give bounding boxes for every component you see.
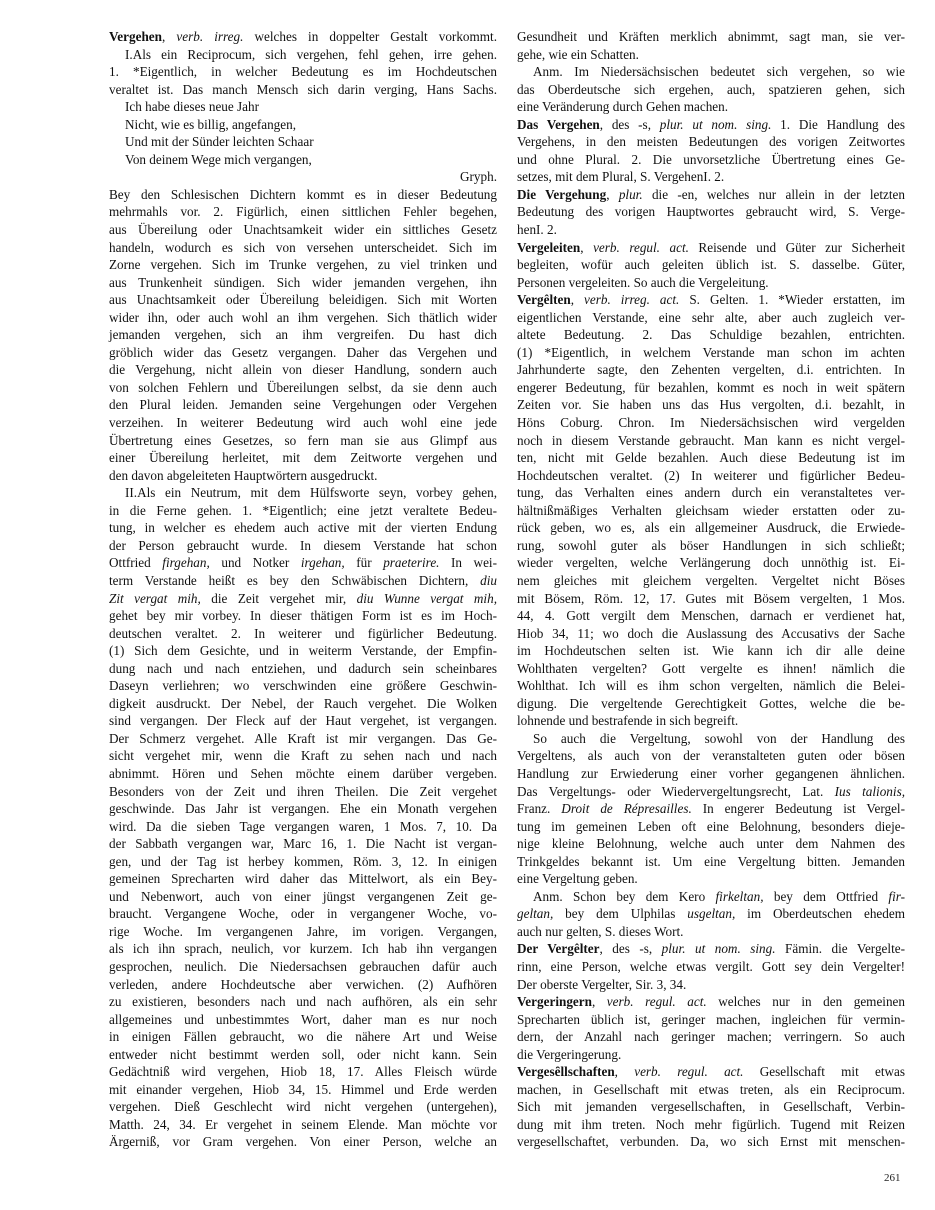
text-line: machen, in Gesellschaft mit etwas treten… [517, 1081, 905, 1099]
headword: Vergeleiten [517, 240, 580, 255]
entry-headline: Vergeleiten, verb. regul. act. Reisende … [517, 239, 905, 257]
text-line: gröblich wider das Gesetz vergangen. Dah… [109, 344, 497, 362]
text-span: bey dem Ulphilas [553, 906, 687, 921]
text-span: Personen vergeleiten. So auch die Vergel… [517, 275, 769, 290]
text-span: altete Bedeutung. 2. Das Schuldige bezah… [517, 327, 905, 342]
text-line: mit einander vergehen, Hiob 34, 15. Himm… [109, 1081, 497, 1099]
text-span: Zeiten vor. Sie haben uns das Hus vergol… [517, 397, 905, 412]
text-span: gehe, wie ein Schatten. [517, 47, 639, 62]
text-line: eine Veränderung durch Gehen machen. [517, 98, 905, 116]
text-span: eine Vergeltung geben. [517, 871, 638, 886]
italic-term: Ius talionis, [835, 784, 905, 799]
text-line: Wohlthaten vergelten? Gott vergelte es i… [517, 660, 905, 678]
text-line: Zit vergat mih, die Zeit vergehet mir, d… [109, 590, 497, 608]
text-line: Zorne vergehen. Sich im Trunke vergehen,… [109, 256, 497, 274]
text-span: vergehen. Dieß Geschlecht wird nicht ver… [109, 1099, 497, 1114]
italic-term: irgehan, [301, 555, 345, 570]
text-span: braucht. Vergangene Woche, oder in verga… [109, 906, 497, 921]
text-line: wider ihn, oder auch wohl an ihm vergehe… [109, 309, 497, 327]
text-line: von solchen Fehlern und Übereilungen sel… [109, 379, 497, 397]
text-span: in einigen Fällen gebraucht, wo die nähe… [109, 1029, 497, 1044]
entry-headline: Vergêlten, verb. irreg. act. S. Gelten. … [517, 291, 905, 309]
text-span: Anm. Schon bey dem Kero [533, 889, 716, 904]
verse-line: Und mit der Sünder leichten Schaar [109, 133, 497, 151]
right-column: Gesundheit und Kräften merklich abnimmt,… [517, 28, 905, 1151]
text-span: , des -s, [600, 117, 660, 132]
text-span: Hochdeutschen veraltet. (2) In weiterer … [517, 468, 905, 483]
text-span: Zorne vergehen. Sich im Trunke vergehen,… [109, 257, 497, 272]
text-span: Wohlthat. Ich will es ihm schon vergelte… [517, 678, 905, 693]
text-line: aus Übereilung oder Unachtsamkeit wider … [109, 221, 497, 239]
text-span: abnimmt. Hören und Sehen möchte einem da… [109, 766, 497, 781]
text-span: einer Übereilung herleitet, mit dem Zeit… [109, 450, 497, 465]
text-span: Vergeltens, als auch von der veranstalte… [517, 748, 905, 763]
italic-term: geltan, [517, 906, 553, 921]
text-span: dung nach und nach entziehen, und dadurc… [109, 661, 497, 676]
text-span: auch nur gelten, S. dieses Wort. [517, 924, 683, 939]
text-span: Sprecharten üblich ist, geringer machen,… [517, 1012, 905, 1027]
text-span: henI. 2. [517, 222, 557, 237]
text-span: Übertretung eines Gesetzes, so fern man … [109, 433, 497, 448]
italic-term: diu [480, 573, 497, 588]
text-line: Ottfried firgehan, und Notker irgehan, f… [109, 554, 497, 572]
text-span: von solchen Fehlern und Übereilungen sel… [109, 380, 497, 395]
headword: Vergêlten [517, 292, 571, 307]
text-span: Ottfried [109, 555, 162, 570]
text-span: Fämin. die Vergelte- [776, 941, 905, 956]
text-line: Übertretung eines Gesetzes, so fern man … [109, 432, 497, 450]
text-span: engerer Bedeutung, für bezahlen, kommt e… [517, 380, 905, 395]
text-line: gehe, wie ein Schatten. [517, 46, 905, 64]
text-span: wieder vergelten, welche Verlängerung do… [517, 555, 905, 570]
text-span: Hiob 34, 11; wo doch die Auslassung des … [517, 626, 905, 641]
text-span: die Vergeringerung. [517, 1047, 621, 1062]
text-line: verzeihen. In weiterer Bedeutung wird au… [109, 414, 497, 432]
headword: Das Vergehen [517, 117, 600, 132]
text-span: Gryph. [460, 169, 497, 184]
text-line: im Hochdeutschen selten ist. Wie kann ic… [517, 642, 905, 660]
text-line: Bedeutung des vorigen Hauptwortes gebrau… [517, 203, 905, 221]
text-line: und ohne Plural. 2. Die unvorsetzliche Ü… [517, 151, 905, 169]
text-span: term Verstande heißt es bey den Schwäbis… [109, 573, 480, 588]
text-line: die Vergeringerung. [517, 1046, 905, 1064]
text-span: dern, der Anzahl nach geringer machen; v… [517, 1029, 905, 1044]
text-span: nem gleiches mit gleichem vergelten. Ver… [517, 573, 905, 588]
text-line: eine Vergeltung geben. [517, 870, 905, 888]
text-span: als ich ihn sprach, neulich, vor kurzem.… [109, 941, 497, 956]
text-line: rung, sowohl guter als böser Handlungen … [517, 537, 905, 555]
text-span: und Nebenwort, auch von einer jüngst ver… [109, 889, 497, 904]
text-span: zu existieren, besonders nach und nach a… [109, 994, 497, 1009]
text-span: eine Veränderung durch Gehen machen. [517, 99, 728, 114]
italic-term: diu Wunne vergat mih, [357, 591, 497, 606]
text-line: gehet bey mir vorbey. In dieser thätigen… [109, 607, 497, 625]
text-line: nige kleine Belohnung, welche auch unter… [517, 835, 905, 853]
page-number: 261 [884, 1172, 901, 1184]
verse-line: Nicht, wie es billig, angefangen, [109, 116, 497, 134]
headword: Die Vergehung [517, 187, 606, 202]
text-span: tung, in welcher es ehedem auch active m… [109, 520, 497, 535]
text-span: (1) Sich dem Gesichte, und in weiterm Ve… [109, 643, 497, 658]
text-span: Der Schmerz vergehet. Alle Kraft ist mir… [109, 731, 497, 746]
text-span: handeln, wodurch es sich von versehen un… [109, 240, 497, 255]
text-line: Höns Coburg. Chron. Im Niedersächsischen… [517, 414, 905, 432]
entry-headline: Das Vergehen, des -s, plur. ut nom. sing… [517, 116, 905, 134]
text-line: Hiob 34, 11; wo doch die Auslassung des … [517, 625, 905, 643]
text-span: Franz. [517, 801, 561, 816]
italic-term: verb. irreg. [176, 29, 243, 44]
italic-term: verb. regul. act. [634, 1064, 743, 1079]
text-span: gröblich wider das Gesetz vergangen. Dah… [109, 345, 497, 360]
entry-headline: Die Vergehung, plur. die -en, welches nu… [517, 186, 905, 204]
text-span: verleden, andere Hochdeutsche aber verwi… [109, 977, 497, 992]
text-span: gen, und der Tag ist herbey kommen, Röm.… [109, 854, 497, 869]
text-line: Vergeltens, als auch von der veranstalte… [517, 747, 905, 765]
text-span: und ohne Plural. 2. Die unvorsetzliche Ü… [517, 152, 905, 167]
text-span: entweder nicht bestimmt werden soll, ode… [109, 1047, 497, 1062]
text-span: mit einander vergehen, Hiob 34, 15. Himm… [109, 1082, 497, 1097]
text-span: machen, in Gesellschaft mit etwas treten… [517, 1082, 905, 1097]
text-span: , [571, 292, 584, 307]
text-span: der Sabbath vergangen war, Marc 16, 1. D… [109, 836, 497, 851]
text-span: aus Unachtsamkeit oder Übereilung beleid… [109, 292, 497, 307]
text-line: Daseyn verliehren; wo verschwinden eine … [109, 677, 497, 695]
text-span: wider ihn, oder auch wohl an ihm vergehe… [109, 310, 497, 325]
text-line: gen, und der Tag ist herbey kommen, Röm.… [109, 853, 497, 871]
text-line: sind vergangen. Der Fleck auf der Haut v… [109, 712, 497, 730]
text-span: vergesellschaftet, verbunden. Da, wo sic… [517, 1134, 905, 1149]
text-span: rück geben, wo es, als ein allgemeiner A… [517, 520, 905, 535]
text-line: Der Schmerz vergehet. Alle Kraft ist mir… [109, 730, 497, 748]
text-line: (1) *Eigentlich, in welchem Verstande ma… [517, 344, 905, 362]
text-line: geschwinde. Das Jahr ist vergangen. Ehe … [109, 800, 497, 818]
text-span: deutschen veraltet. 2. In weiterer und f… [109, 626, 497, 641]
text-line: Das Vergeltungs- oder Wiedervergeltungsr… [517, 783, 905, 801]
entry-headline: Vergesȇllschaften, verb. regul. act. Ges… [517, 1063, 905, 1081]
text-line: Personen vergeleiten. So auch die Vergel… [517, 274, 905, 292]
text-span: Jahrhunderte sagte, den Zehenten vergelt… [517, 362, 905, 377]
text-line: handeln, wodurch es sich von versehen un… [109, 239, 497, 257]
text-line: vergesellschaftet, verbunden. Da, wo sic… [517, 1133, 905, 1151]
text-span: Ärgerniß, vor Gram vergehen. Von einer P… [109, 1134, 497, 1149]
entry-headline: Vergehen, verb. irreg. welches in doppel… [109, 28, 497, 46]
text-span: rige Woche. Im vergangenen Jahre, im vor… [109, 924, 497, 939]
italic-term: plur. ut nom. sing. [660, 117, 772, 132]
text-line: Matth. 24, 34. Er vergehet in seinem Ele… [109, 1116, 497, 1134]
text-span: Sich mit jemanden vergesellschaften, in … [517, 1099, 905, 1114]
text-line: altete Bedeutung. 2. Das Schuldige bezah… [517, 326, 905, 344]
text-span: welches in doppelter Gestalt vorkommt. [243, 29, 497, 44]
text-span: Und mit der Sünder leichten Schaar [125, 134, 314, 149]
text-span: mehrmahls vor. 2. Figürlich, einen sittl… [109, 204, 497, 219]
text-span: nige kleine Belohnung, welche auch unter… [517, 836, 905, 851]
text-span: im Oberdeutschen ehedem [735, 906, 905, 921]
text-span: den davon abgeleiteten Hauptwörtern ausg… [109, 468, 377, 483]
text-line: aus Trunkenheit sündigen. Sich wider jem… [109, 274, 497, 292]
text-span: der Person gebraucht wurde. In diesem Ve… [109, 538, 497, 553]
text-span: rung, sowohl guter als böser Handlungen … [517, 538, 905, 553]
text-line: nem gleiches mit gleichem vergelten. Ver… [517, 572, 905, 590]
text-line: den davon abgeleiteten Hauptwörtern ausg… [109, 467, 497, 485]
text-span: geschwinde. Das Jahr ist vergangen. Ehe … [109, 801, 497, 816]
text-line: Der oberste Vergelter, Sir. 3, 34. [517, 976, 905, 994]
text-line: mit Bösem, Röm. 12, 17. Gutes mit Bösem … [517, 590, 905, 608]
text-span: Gedächtniß wird vergehen, Hiob 18, 17. A… [109, 1064, 497, 1079]
text-span: digung. Die vergeltende Gerechtigkeit Go… [517, 696, 905, 711]
text-span: , des -s, [599, 941, 661, 956]
text-line: Vergehens, in den meisten Bedeutungen de… [517, 133, 905, 151]
text-span: Das Vergeltungs- oder Wiedervergeltungsr… [517, 784, 835, 799]
text-span: tung, das Verhalten eines andern durch e… [517, 485, 905, 500]
text-line: tung, in welcher es ehedem auch active m… [109, 519, 497, 537]
text-span: , [615, 1064, 635, 1079]
headword: Vergehen [109, 29, 162, 44]
text-span: , [606, 187, 619, 202]
text-span: ten, nicht mit Gelde bezahlen. Auch dies… [517, 450, 905, 465]
entry-headline: Vergeringern, verb. regul. act. welches … [517, 993, 905, 1011]
text-line: sicht vergehet mir, wenn die Kraft zu se… [109, 747, 497, 765]
text-span: dung mit ihm treten. Noch mehr figürlich… [517, 1117, 905, 1132]
text-line: Ärgerniß, vor Gram vergehen. Von einer P… [109, 1133, 497, 1151]
text-line: 44, 4. Gott vergilt dem Menschen, darnac… [517, 607, 905, 625]
text-span: sind vergangen. Der Fleck auf der Haut v… [109, 713, 497, 728]
text-span: S. Gelten. 1. *Wieder erstatten, im [679, 292, 905, 307]
text-line: gemeinen Sprecharten wird daher das Mitt… [109, 870, 497, 888]
text-line: Jahrhunderte sagte, den Zehenten vergelt… [517, 361, 905, 379]
text-span: , [580, 240, 593, 255]
text-span: Vergehens, in den meisten Bedeutungen de… [517, 134, 905, 149]
text-span: In wei- [439, 555, 497, 570]
text-line: in die Ferne gehen. 1. *Eigentlich; eine… [109, 502, 497, 520]
text-span: Der oberste Vergelter, Sir. 3, 34. [517, 977, 686, 992]
italic-term: firkeltan, [716, 889, 764, 904]
text-line: rige Woche. Im vergangenen Jahre, im vor… [109, 923, 497, 941]
text-line: dung mit ihm treten. Noch mehr figürlich… [517, 1116, 905, 1134]
text-span: die Zeit vergehet mir, [201, 591, 357, 606]
text-line: Trinkgeldes bekannt ist. Um eine Vergelt… [517, 853, 905, 871]
text-span: hältnißmäßiges Verhalten gleichsam wiede… [517, 503, 905, 518]
text-line: abnimmt. Hören und Sehen möchte einem da… [109, 765, 497, 783]
text-line: Franz. Droit de Répresailles. In engerer… [517, 800, 905, 818]
text-line: henI. 2. [517, 221, 905, 239]
text-span: verzeihen. In weiterer Bedeutung wird au… [109, 415, 497, 430]
left-column: Vergehen, verb. irreg. welches in doppel… [109, 28, 497, 1151]
italic-term: verb. irreg. act. [584, 292, 679, 307]
text-line: (1) Sich dem Gesichte, und in weiterm Ve… [109, 642, 497, 660]
italic-term: usgeltan, [687, 906, 735, 921]
text-span: II.Als ein Neutrum, mit dem Hülfsworte s… [125, 485, 497, 500]
text-span: und Notker [210, 555, 301, 570]
text-span: setzes, mit dem Plural, S. VergehenI. 2. [517, 169, 724, 184]
text-span: Von deinem Wege mich vergangen, [125, 152, 312, 167]
text-span: Bedeutung des vorigen Hauptwortes gebrau… [517, 204, 905, 219]
text-line: dung nach und nach entziehen, und dadurc… [109, 660, 497, 678]
italic-term: Droit de Répresailles. [561, 801, 691, 816]
text-span: welches nur in den gemeinen [707, 994, 905, 1009]
text-line: mehrmahls vor. 2. Figürlich, einen sittl… [109, 203, 497, 221]
italic-term: praeterire. [383, 555, 439, 570]
text-line: auch nur gelten, S. dieses Wort. [517, 923, 905, 941]
text-line: zu existieren, besonders nach und nach a… [109, 993, 497, 1011]
text-line: 1. *Eigentlich, in welcher Bedeutung es … [109, 63, 497, 81]
italic-term: plur. [619, 187, 643, 202]
text-line: lohnende und bestrafende in sich begreif… [517, 712, 905, 730]
text-line: engerer Bedeutung, für bezahlen, kommt e… [517, 379, 905, 397]
text-line: Anm. Im Niedersächsischen bedeutet sich … [517, 63, 905, 81]
verse-line: Von deinem Wege mich vergangen, [109, 151, 497, 169]
text-span: Anm. Im Niedersächsischen bedeutet sich … [533, 64, 905, 79]
text-line: geltan, bey dem Ulphilas usgeltan, im Ob… [517, 905, 905, 923]
text-span: die -en, welches nur allein in der letzt… [643, 187, 905, 202]
text-line: Gedächtniß wird vergehen, Hiob 18, 17. A… [109, 1063, 497, 1081]
text-span: Höns Coburg. Chron. Im Niedersächsischen… [517, 415, 905, 430]
text-line: II.Als ein Neutrum, mit dem Hülfsworte s… [109, 484, 497, 502]
text-span: bey dem Ottfried [764, 889, 889, 904]
text-span: 44, 4. Gott vergilt dem Menschen, darnac… [517, 608, 905, 623]
text-span: gehet bey mir vorbey. In dieser thätigen… [109, 608, 497, 623]
text-span: Nicht, wie es billig, angefangen, [125, 117, 296, 132]
text-span: das Oberdeutsche sich ergehen, auch, spa… [517, 82, 905, 97]
text-span: Reisende und Güter zur Sicherheit [689, 240, 905, 255]
text-span: Matth. 24, 34. Er vergehet in seinem Ele… [109, 1117, 497, 1132]
italic-term: firgehan, [162, 555, 210, 570]
text-line: allgemeines und unbestimmtes Wort, daher… [109, 1011, 497, 1029]
text-line: tung im gemeinen Leben oft eine Belohnun… [517, 818, 905, 836]
text-span: Trinkgeldes bekannt ist. Um eine Vergelt… [517, 854, 905, 869]
text-line: die Vergehung, nicht allein von dieser H… [109, 361, 497, 379]
verse-line: Ich habe dieses neue Jahr [109, 98, 497, 116]
text-span: wird. Da die sieben Tage vergangen waren… [109, 819, 497, 834]
text-line: verleden, andere Hochdeutsche aber verwi… [109, 976, 497, 994]
italic-term: verb. regul. act. [607, 994, 707, 1009]
text-span: Ich habe dieses neue Jahr [125, 99, 259, 114]
headword: Der Vergêlter [517, 941, 599, 956]
text-span: begleiten, wofür auch geleiten üblich is… [517, 257, 905, 272]
text-line: So auch die Vergeltung, sowohl von der H… [517, 730, 905, 748]
text-span: tung im gemeinen Leben oft eine Belohnun… [517, 819, 905, 834]
text-line: tung, das Verhalten eines andern durch e… [517, 484, 905, 502]
text-span: eigentlichen Verstande, eine sehr alte, … [517, 310, 905, 325]
text-span: , [162, 29, 176, 44]
text-span: digkeit ausdruckt. Der Nebel, der Rauch … [109, 696, 497, 711]
italic-term: verb. regul. act. [593, 240, 689, 255]
text-line: rück geben, wo es, als ein allgemeiner A… [517, 519, 905, 537]
text-span: So auch die Vergeltung, sowohl von der H… [533, 731, 905, 746]
text-span: (1) *Eigentlich, in welchem Verstande ma… [517, 345, 905, 360]
entry-headline: Der Vergêlter, des -s, plur. ut nom. sin… [517, 940, 905, 958]
text-line: veraltet ist. Das manch Mensch sich dari… [109, 81, 497, 99]
text-span: veraltet ist. Das manch Mensch sich dari… [109, 82, 497, 97]
text-line: hältnißmäßiges Verhalten gleichsam wiede… [517, 502, 905, 520]
text-span: Gesellschaft mit etwas [743, 1064, 905, 1079]
italic-term: plur. ut nom. sing. [662, 941, 776, 956]
text-span: Wohlthaten vergelten? Gott vergelte es i… [517, 661, 905, 676]
text-line: noch in diesem Verstande gebraucht. Man … [517, 432, 905, 450]
text-line: wieder vergelten, welche Verlängerung do… [517, 554, 905, 572]
text-line: Hochdeutschen veraltet. (2) In weiterer … [517, 467, 905, 485]
text-span: für [345, 555, 383, 570]
text-span: gemeinen Sprecharten wird daher das Mitt… [109, 871, 497, 886]
text-line: Gesundheit und Kräften merklich abnimmt,… [517, 28, 905, 46]
text-line: I.Als ein Reciprocum, sich vergehen, feh… [109, 46, 497, 64]
text-line: Sprecharten üblich ist, geringer machen,… [517, 1011, 905, 1029]
text-span: In engerer Bedeutung ist Vergel- [692, 801, 905, 816]
text-line: Sich mit jemanden vergesellschaften, in … [517, 1098, 905, 1116]
text-line: term Verstande heißt es bey den Schwäbis… [109, 572, 497, 590]
text-line: Wohlthat. Ich will es ihm schon vergelte… [517, 677, 905, 695]
text-span: den Plural leiden. Jemanden seine Vergeh… [109, 397, 497, 412]
text-line: Anm. Schon bey dem Kero firkeltan, bey d… [517, 888, 905, 906]
text-span: im Hochdeutschen selten ist. Wie kann ic… [517, 643, 905, 658]
text-line: rinn, eine Person, welche etwas vergilt.… [517, 958, 905, 976]
text-span: gesprochen, neulich. Die Niedersachsen g… [109, 959, 497, 974]
text-line: gesprochen, neulich. Die Niedersachsen g… [109, 958, 497, 976]
text-span: 1. *Eigentlich, in welcher Bedeutung es … [109, 64, 497, 79]
text-span: , [592, 994, 607, 1009]
text-line: ten, nicht mit Gelde bezahlen. Auch dies… [517, 449, 905, 467]
text-span: mit Bösem, Röm. 12, 17. Gutes mit Bösem … [517, 591, 905, 606]
text-line: Besonders von der Zeit und ihren Theilen… [109, 783, 497, 801]
headword: Vergeringern [517, 994, 592, 1009]
italic-term: fir- [888, 889, 905, 904]
text-line: Handlung zur Erwiederung einer vorher ge… [517, 765, 905, 783]
text-span: Bey den Schlesischen Dichtern kommt es i… [109, 187, 497, 202]
text-line: Zeiten vor. Sie haben uns das Hus vergol… [517, 396, 905, 414]
text-span: die Vergehung, nicht allein von dieser H… [109, 362, 497, 377]
text-span: Daseyn verliehren; wo verschwinden eine … [109, 678, 497, 693]
text-line: begleiten, wofür auch geleiten üblich is… [517, 256, 905, 274]
text-line: setzes, mit dem Plural, S. VergehenI. 2. [517, 168, 905, 186]
text-span: jemanden vergehen, sich an ihm vergreife… [109, 327, 497, 342]
text-span: I.Als ein Reciprocum, sich vergehen, feh… [125, 47, 497, 62]
text-line: deutschen veraltet. 2. In weiterer und f… [109, 625, 497, 643]
text-line: das Oberdeutsche sich ergehen, auch, spa… [517, 81, 905, 99]
text-line: wird. Da die sieben Tage vergangen waren… [109, 818, 497, 836]
text-line: jemanden vergehen, sich an ihm vergreife… [109, 326, 497, 344]
text-line: der Person gebraucht wurde. In diesem Ve… [109, 537, 497, 555]
italic-term: Zit vergat mih, [109, 591, 201, 606]
text-span: noch in diesem Verstande gebraucht. Man … [517, 433, 905, 448]
text-span: rinn, eine Person, welche etwas vergilt.… [517, 959, 905, 974]
text-line: dern, der Anzahl nach geringer machen; v… [517, 1028, 905, 1046]
text-line: vergehen. Dieß Geschlecht wird nicht ver… [109, 1098, 497, 1116]
text-span: aus Trunkenheit sündigen. Sich wider jem… [109, 275, 497, 290]
text-span: in die Ferne gehen. 1. *Eigentlich; eine… [109, 503, 497, 518]
text-span: Besonders von der Zeit und ihren Theilen… [109, 784, 497, 799]
text-span: aus Übereilung oder Unachtsamkeit wider … [109, 222, 497, 237]
text-line: braucht. Vergangene Woche, oder in verga… [109, 905, 497, 923]
text-line: einer Übereilung herleitet, mit dem Zeit… [109, 449, 497, 467]
text-span: 1. Die Handlung des [771, 117, 905, 132]
text-line: digkeit ausdruckt. Der Nebel, der Rauch … [109, 695, 497, 713]
text-span: lohnende und bestrafende in sich begreif… [517, 713, 738, 728]
text-line: Gryph. [109, 168, 497, 186]
text-span: Gesundheit und Kräften merklich abnimmt,… [517, 29, 905, 44]
text-line: digung. Die vergeltende Gerechtigkeit Go… [517, 695, 905, 713]
text-line: und Nebenwort, auch von einer jüngst ver… [109, 888, 497, 906]
text-line: den Plural leiden. Jemanden seine Vergeh… [109, 396, 497, 414]
text-span: Handlung zur Erwiederung einer vorher ge… [517, 766, 905, 781]
headword: Vergesȇllschaften [517, 1064, 615, 1079]
text-span: allgemeines und unbestimmtes Wort, daher… [109, 1012, 497, 1027]
dictionary-page: Vergehen, verb. irreg. welches in doppel… [0, 0, 935, 1210]
text-line: entweder nicht bestimmt werden soll, ode… [109, 1046, 497, 1064]
text-line: eigentlichen Verstande, eine sehr alte, … [517, 309, 905, 327]
text-line: der Sabbath vergangen war, Marc 16, 1. D… [109, 835, 497, 853]
text-span: sicht vergehet mir, wenn die Kraft zu se… [109, 748, 497, 763]
text-line: aus Unachtsamkeit oder Übereilung beleid… [109, 291, 497, 309]
text-line: in einigen Fällen gebraucht, wo die nähe… [109, 1028, 497, 1046]
